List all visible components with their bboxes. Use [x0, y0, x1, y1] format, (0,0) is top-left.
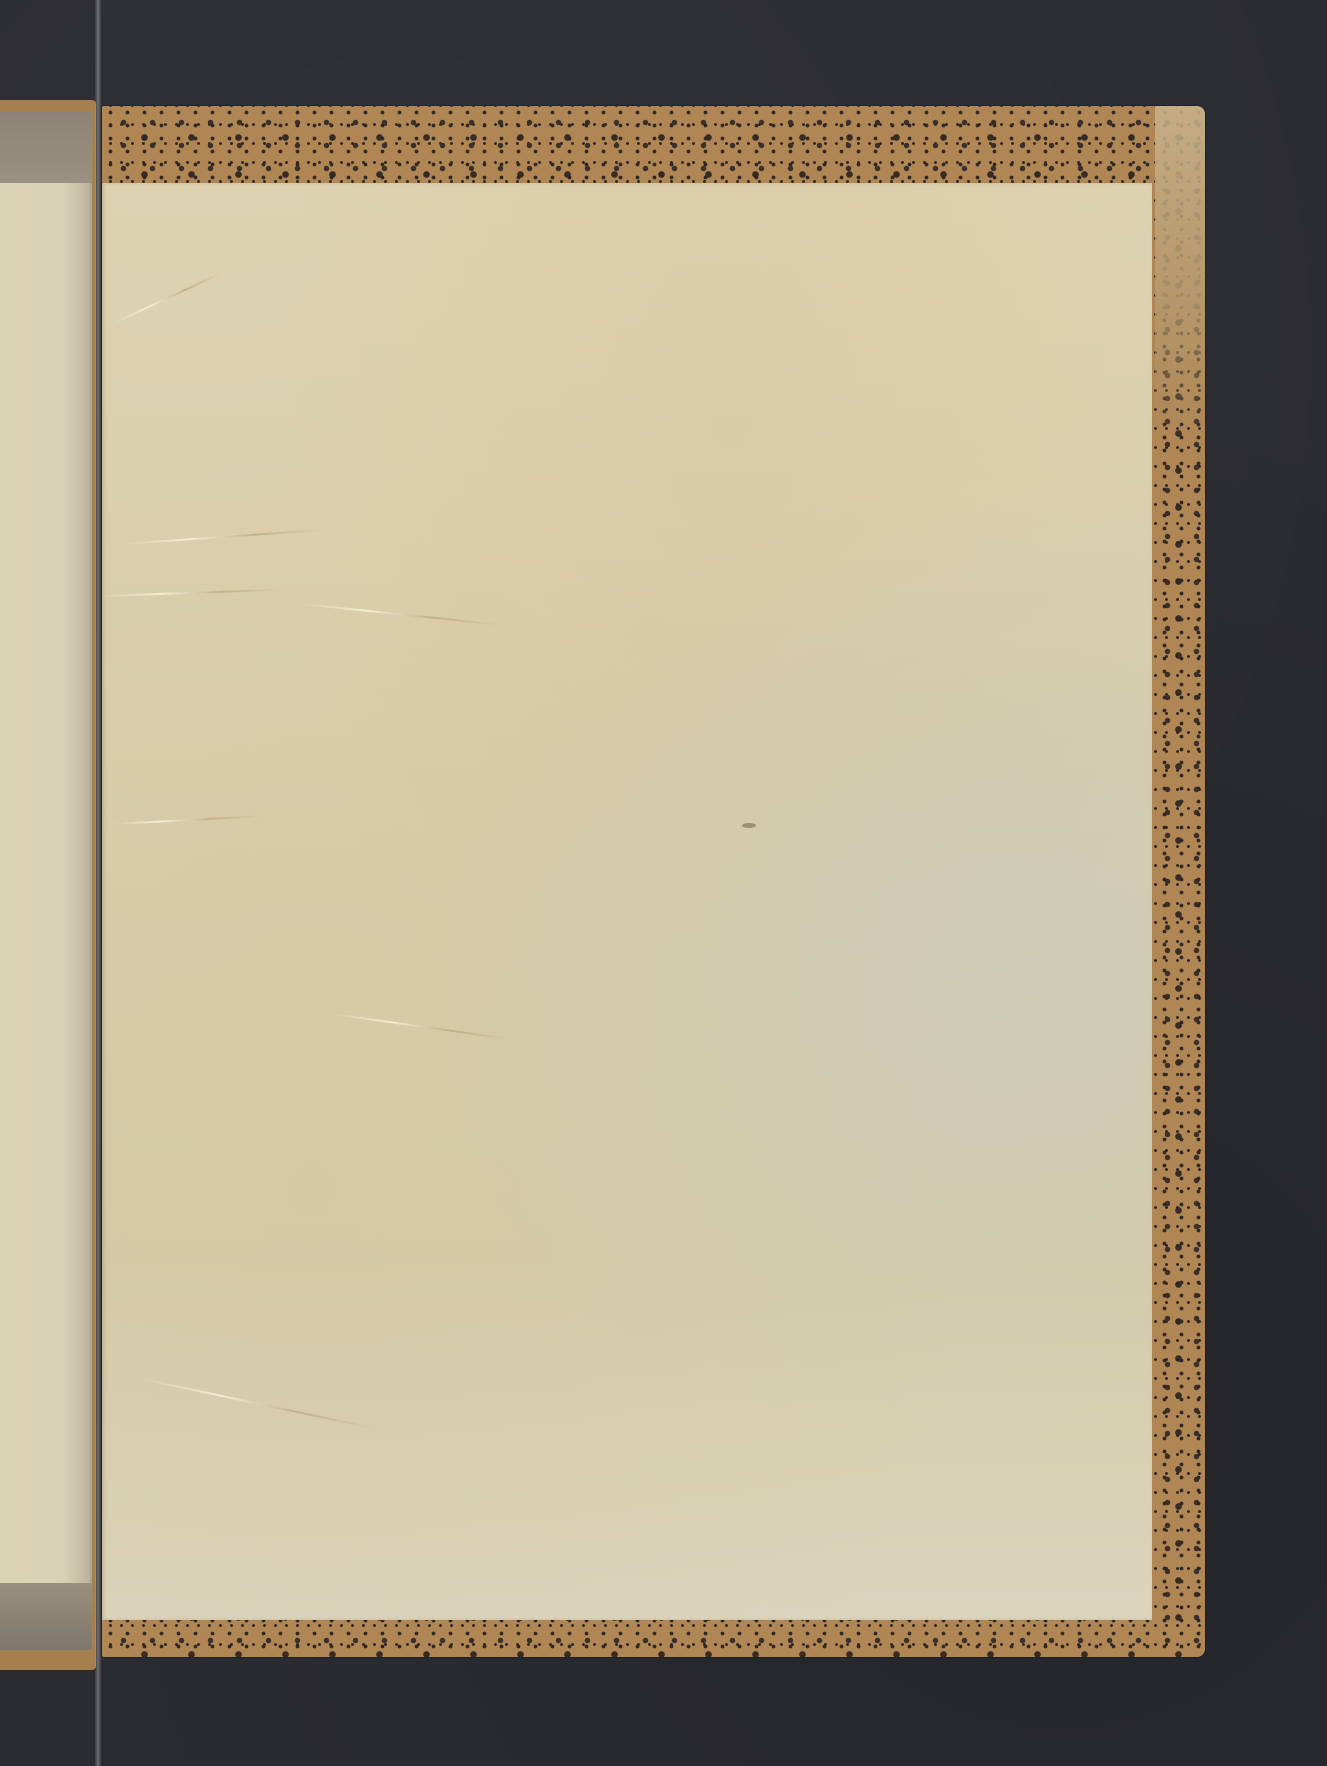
blank-pastedown-endpaper: [102, 183, 1152, 1620]
left-cover-turn-in-bottom: [0, 1580, 92, 1650]
left-flyleaf-page: [0, 183, 92, 1583]
paper-crease: [142, 1378, 377, 1430]
paper-crease: [122, 529, 322, 545]
gutter-glass-edge: [95, 0, 101, 1766]
paper-crease: [302, 603, 501, 626]
cover-corner-wear: [1155, 106, 1205, 436]
foxing-spot: [742, 823, 756, 828]
paper-crease: [102, 589, 282, 597]
paper-crease: [332, 1013, 511, 1040]
left-cover-turn-in-top: [0, 112, 92, 187]
paper-crease: [112, 815, 262, 825]
paper-crease: [112, 272, 222, 325]
